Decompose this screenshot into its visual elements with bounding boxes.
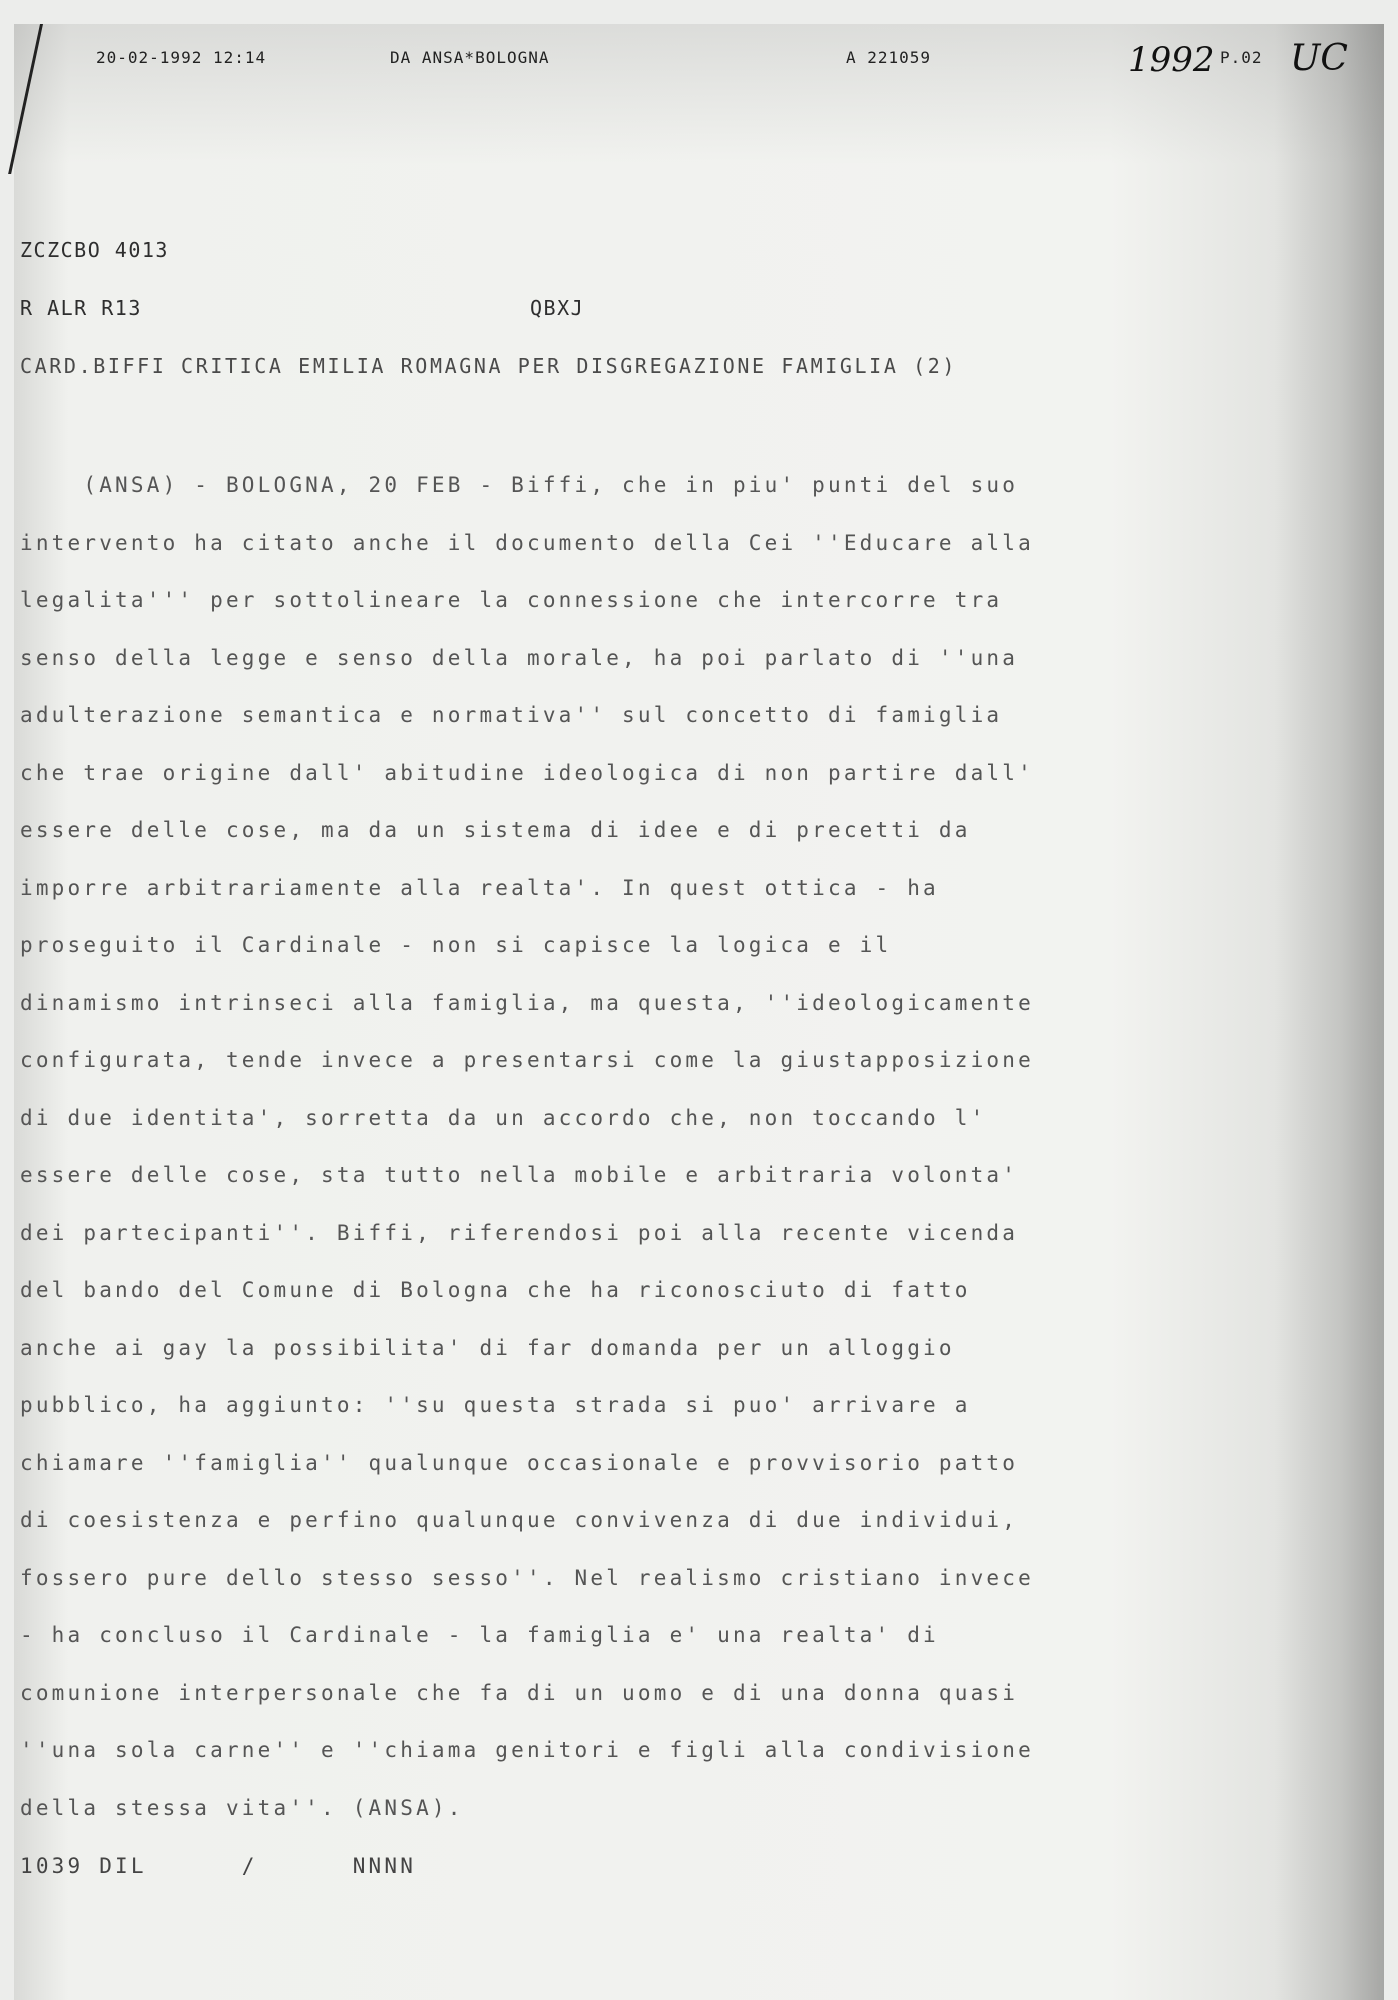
footer-codes: 1039 DIL / NNNN xyxy=(20,1854,416,1878)
routing-code-2: R ALR R13 xyxy=(20,296,142,320)
body-line: chiamare ''famiglia'' qualunque occasion… xyxy=(20,1451,1018,1475)
body-line: dei partecipanti''. Biffi, riferendosi p… xyxy=(20,1221,1018,1245)
body-line: essere delle cose, ma da un sistema di i… xyxy=(20,818,971,842)
body-line: fossero pure dello stesso sesso''. Nel r… xyxy=(20,1566,1034,1590)
body-line: senso della legge e senso della morale, … xyxy=(20,646,1018,670)
body-line: essere delle cose, sta tutto nella mobil… xyxy=(20,1163,1018,1187)
body-line: che trae origine dall' abitudine ideolog… xyxy=(20,761,1034,785)
body-line: ''una sola carne'' e ''chiama genitori e… xyxy=(20,1738,1034,1762)
body-line: imporre arbitrariamente alla realta'. In… xyxy=(20,876,939,900)
body-line: pubblico, ha aggiunto: ''su questa strad… xyxy=(20,1393,971,1417)
fax-timestamp: 20-02-1992 12:14 xyxy=(96,48,266,67)
body-line: configurata, tende invece a presentarsi … xyxy=(20,1048,1034,1072)
body-line: di due identita', sorretta da un accordo… xyxy=(20,1106,986,1130)
body-line: intervento ha citato anche il documento … xyxy=(20,531,1034,555)
page-number: P.02 xyxy=(1220,48,1263,67)
body-line: della stessa vita''. (ANSA). xyxy=(20,1796,464,1820)
fax-source: DA ANSA*BOLOGNA xyxy=(390,48,550,67)
handwritten-year: 1992 xyxy=(1128,40,1215,80)
body-line: del bando del Comune di Bologna che ha r… xyxy=(20,1278,971,1302)
routing-code-3: QBXJ xyxy=(530,296,584,320)
body-line: comunione interpersonale che fa di un uo… xyxy=(20,1681,1018,1705)
fax-id: A 221059 xyxy=(846,48,931,67)
headline: CARD.BIFFI CRITICA EMILIA ROMAGNA PER DI… xyxy=(20,354,957,378)
body-line: adulterazione semantica e normativa'' su… xyxy=(20,703,1002,727)
routing-code-1: ZCZCBO 4013 xyxy=(20,238,169,262)
body-line: proseguito il Cardinale - non si capisce… xyxy=(20,933,891,957)
handwritten-initials: UC xyxy=(1290,38,1348,79)
scan-shadow-right xyxy=(1274,24,1384,2000)
body-line: dinamismo intrinseci alla famiglia, ma q… xyxy=(20,991,1034,1015)
body-line: (ANSA) - BOLOGNA, 20 FEB - Biffi, che in… xyxy=(20,473,1018,497)
body-line: - ha concluso il Cardinale - la famiglia… xyxy=(20,1623,939,1647)
body-line: di coesistenza e perfino qualunque convi… xyxy=(20,1508,1018,1532)
body-line: anche ai gay la possibilita' di far doma… xyxy=(20,1336,955,1360)
body-line: legalita''' per sottolineare la connessi… xyxy=(20,588,1002,612)
